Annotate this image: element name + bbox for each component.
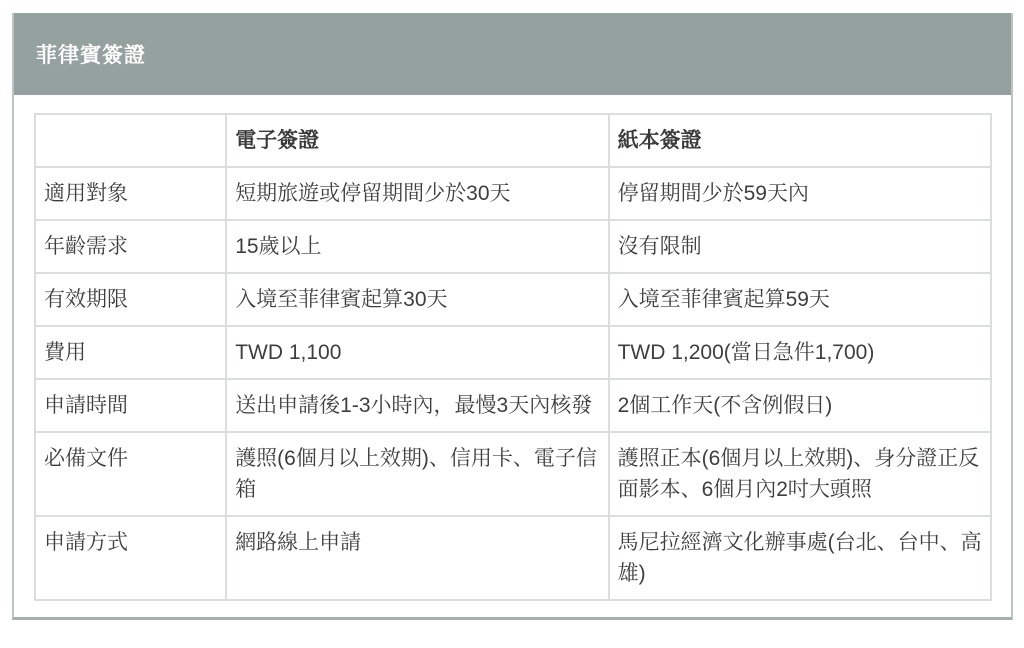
evisa-value: 護照(6個月以上效期)、信用卡、電子信箱: [226, 432, 608, 516]
paper-value: 沒有限制: [609, 220, 991, 273]
card-body: 電子簽證 紙本簽證 適用對象 短期旅遊或停留期間少於30天 停留期間少於59天內…: [14, 95, 1011, 617]
row-header: 申請方式: [35, 516, 226, 600]
row-header: 有效期限: [35, 273, 226, 326]
row-header: 費用: [35, 326, 226, 379]
table-row-required-documents: 必備文件 護照(6個月以上效期)、信用卡、電子信箱 護照正本(6個月以上效期)、…: [35, 432, 991, 516]
paper-value: 停留期間少於59天內: [609, 167, 991, 220]
paper-value: TWD 1,200(當日急件1,700): [609, 326, 991, 379]
paper-value: 2個工作天(不含例假日): [609, 379, 991, 432]
row-header: 必備文件: [35, 432, 226, 516]
row-header: 申請時間: [35, 379, 226, 432]
visa-comparison-table: 電子簽證 紙本簽證 適用對象 短期旅遊或停留期間少於30天 停留期間少於59天內…: [34, 113, 992, 601]
table-row-age-requirement: 年齡需求 15歲以上 沒有限制: [35, 220, 991, 273]
col-header-empty: [35, 114, 226, 167]
table-row-target-audience: 適用對象 短期旅遊或停留期間少於30天 停留期間少於59天內: [35, 167, 991, 220]
evisa-value: 短期旅遊或停留期間少於30天: [226, 167, 608, 220]
row-header: 適用對象: [35, 167, 226, 220]
paper-value: 護照正本(6個月以上效期)、身分證正反面影本、6個月內2吋大頭照: [609, 432, 991, 516]
paper-value: 馬尼拉經濟文化辦事處(台北、台中、高雄): [609, 516, 991, 600]
table-row-application-method: 申請方式 網路線上申請 馬尼拉經濟文化辦事處(台北、台中、高雄): [35, 516, 991, 600]
card-title: 菲律賓簽證: [36, 39, 146, 69]
table-header-row: 電子簽證 紙本簽證: [35, 114, 991, 167]
col-header-paper: 紙本簽證: [609, 114, 991, 167]
table-row-fee: 費用 TWD 1,100 TWD 1,200(當日急件1,700): [35, 326, 991, 379]
evisa-value: 網路線上申請: [226, 516, 608, 600]
paper-value: 入境至菲律賓起算59天: [609, 273, 991, 326]
evisa-value: 送出申請後1-3小時內，最慢3天內核發: [226, 379, 608, 432]
evisa-value: 15歲以上: [226, 220, 608, 273]
row-header: 年齡需求: [35, 220, 226, 273]
evisa-value: 入境至菲律賓起算30天: [226, 273, 608, 326]
card-header: 菲律賓簽證: [14, 13, 1011, 95]
table-row-processing-time: 申請時間 送出申請後1-3小時內，最慢3天內核發 2個工作天(不含例假日): [35, 379, 991, 432]
col-header-evisa: 電子簽證: [226, 114, 608, 167]
evisa-value: TWD 1,100: [226, 326, 608, 379]
visa-info-card: 菲律賓簽證 電子簽證 紙本簽證 適用對象 短期旅遊或停留期間少於30天 停留期間…: [12, 13, 1013, 620]
table-row-validity: 有效期限 入境至菲律賓起算30天 入境至菲律賓起算59天: [35, 273, 991, 326]
